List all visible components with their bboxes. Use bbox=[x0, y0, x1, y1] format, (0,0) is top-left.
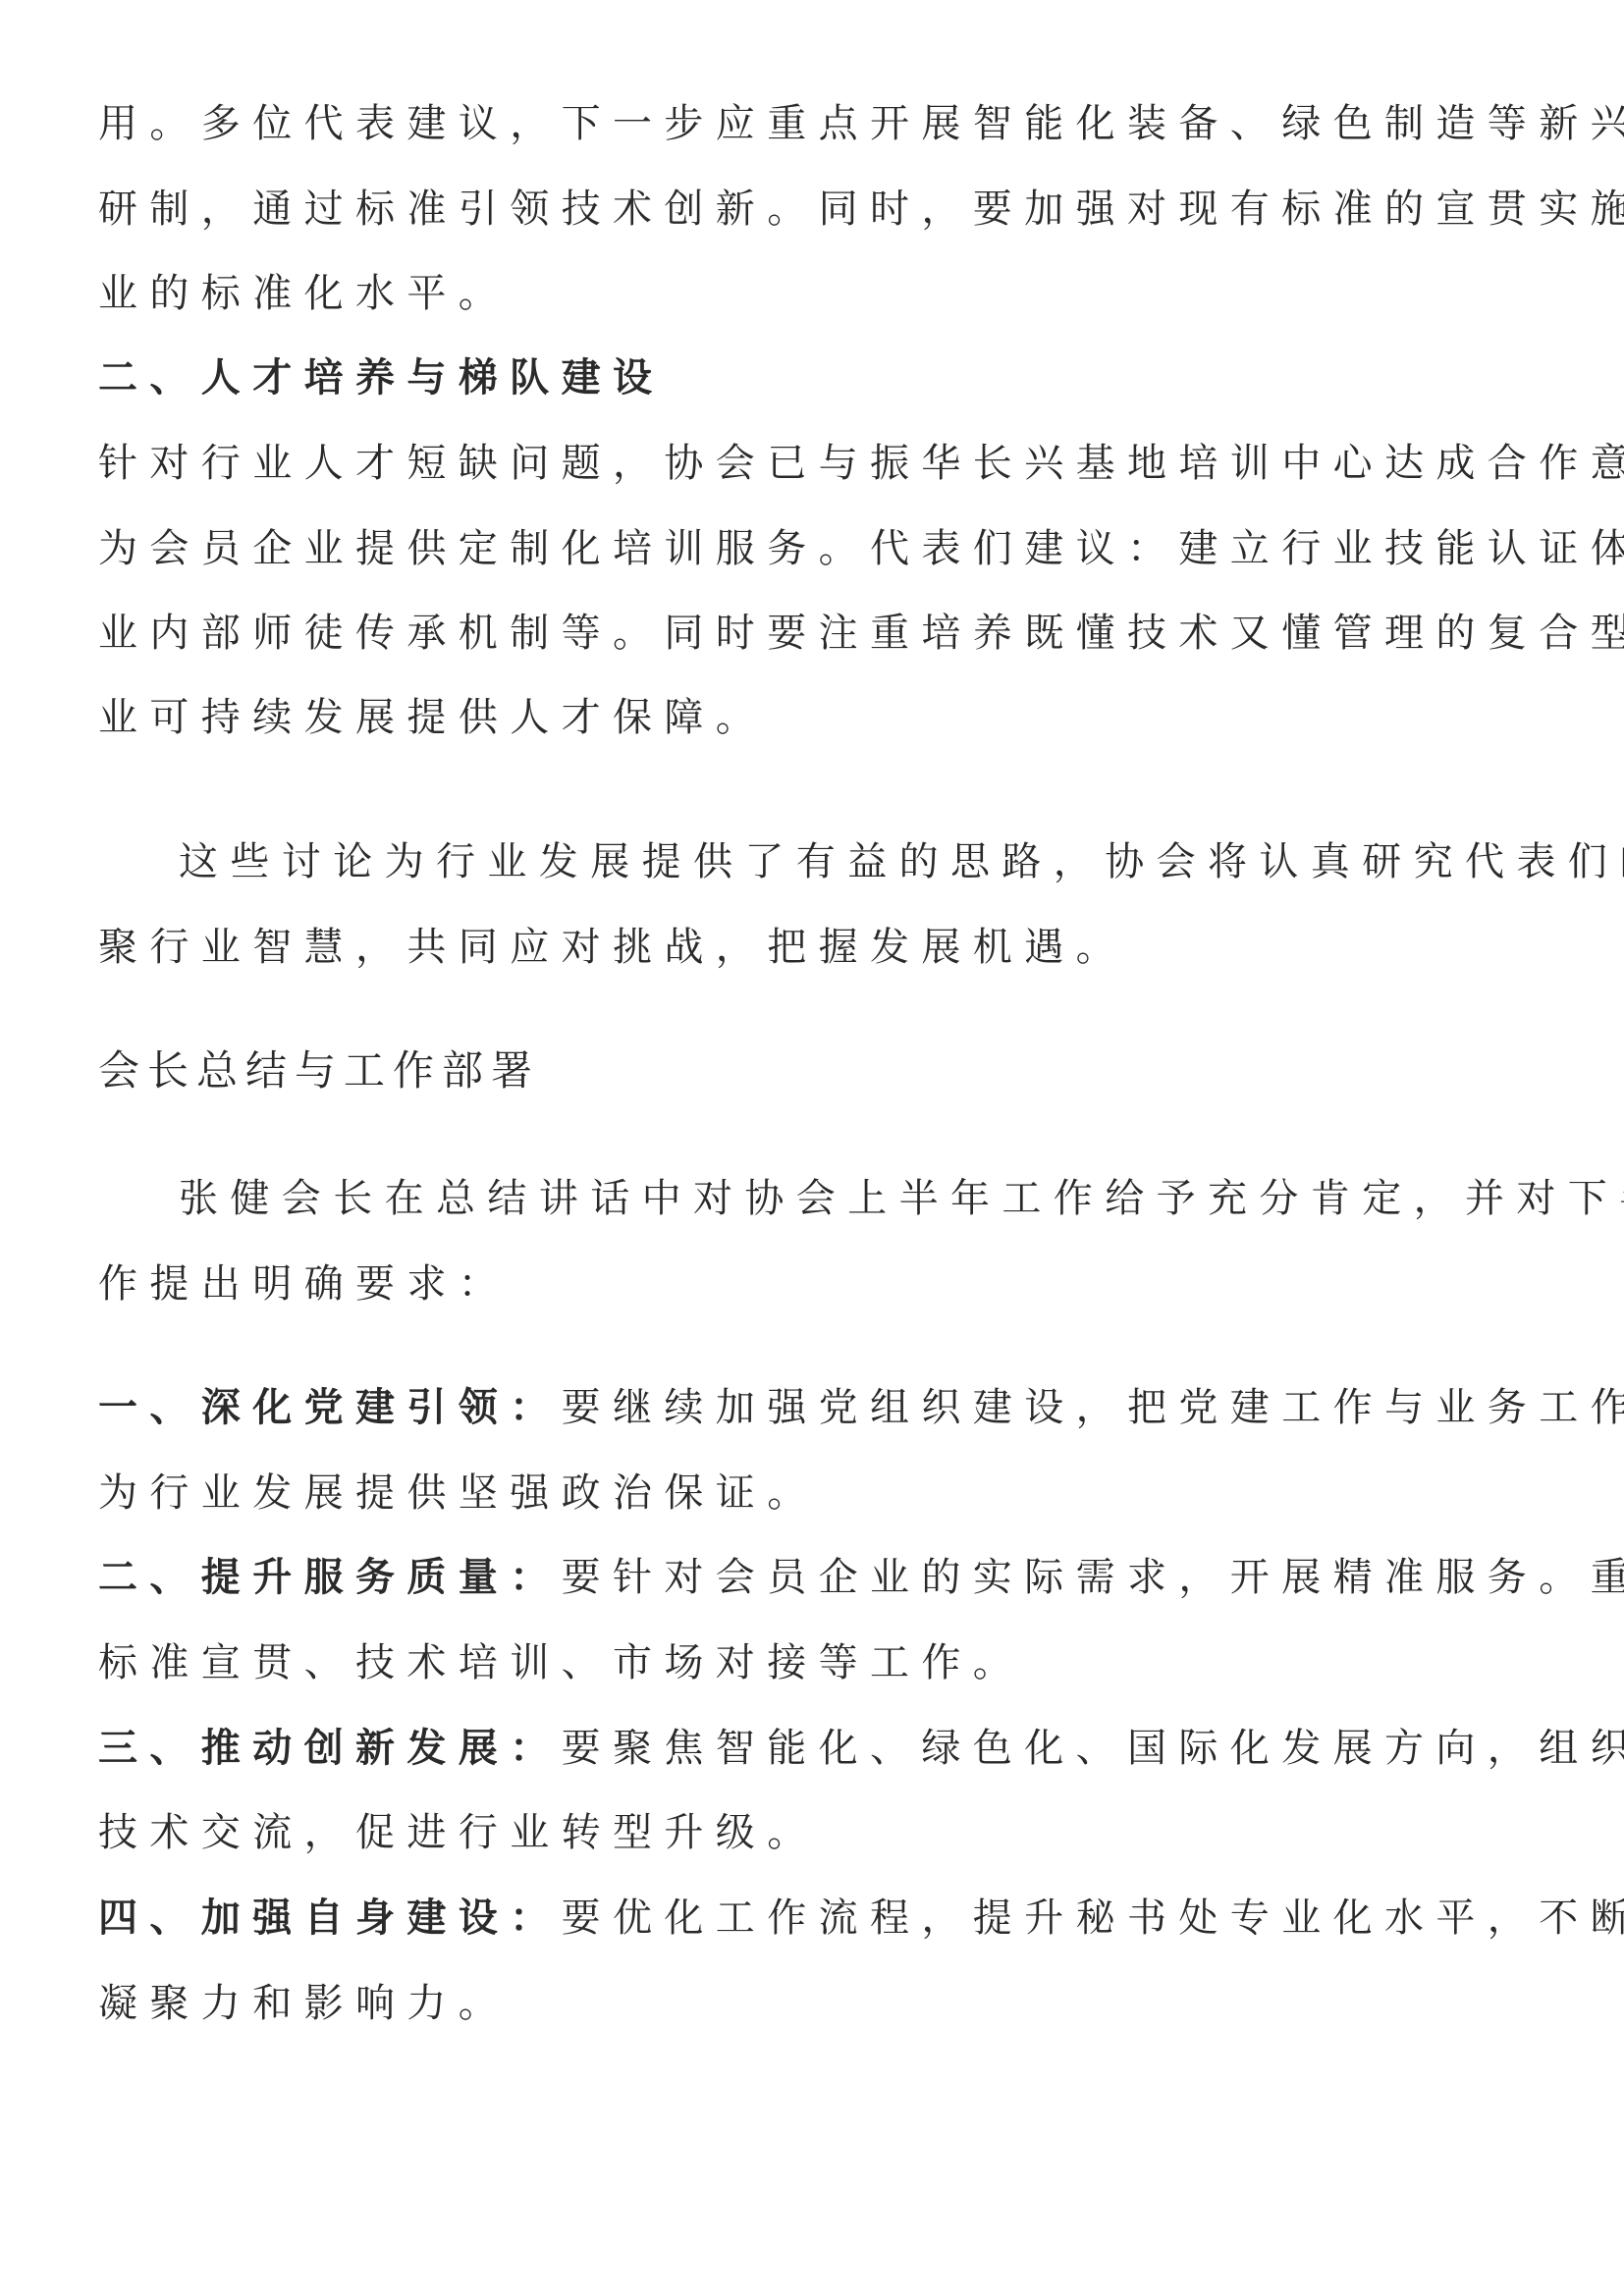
section-heading: 二、人才培养与梯队建设 bbox=[98, 352, 1542, 403]
list-item-text: 要针对会员企业的实际需求，开展精准服务。重点做好团体 bbox=[562, 1555, 1624, 1600]
list-item-label: 一、深化党建引领： bbox=[98, 1384, 562, 1430]
list-item: 四、加强自身建设：要优化工作流程，提升秘书处专业化水平，不断增强协会的 bbox=[98, 1893, 1542, 1944]
paragraph-line: 聚行业智慧，共同应对挑战，把握发展机遇。 bbox=[98, 922, 1542, 973]
paragraph-line: 业内部师徒传承机制等。同时要注重培养既懂技术又懂管理的复合型人才，为行 bbox=[98, 608, 1542, 659]
paragraph-line: 作提出明确要求： bbox=[98, 1258, 1542, 1309]
list-item-continuation: 标准宣贯、技术培训、市场对接等工作。 bbox=[98, 1637, 1542, 1688]
list-item-continuation: 为行业发展提供坚强政治保证。 bbox=[98, 1468, 1542, 1519]
list-item: 三、推动创新发展：要聚焦智能化、绿色化、国际化发展方向，组织专题研讨和 bbox=[98, 1723, 1542, 1774]
list-item: 二、提升服务质量：要针对会员企业的实际需求，开展精准服务。重点做好团体 bbox=[98, 1552, 1542, 1603]
list-item-label: 三、推动创新发展： bbox=[98, 1725, 562, 1771]
paragraph-line: 业的标准化水平。 bbox=[98, 268, 1542, 319]
paragraph-line: 研制，通过标准引领技术创新。同时，要加强对现有标准的宣贯实施，提升全行 bbox=[98, 184, 1542, 235]
list-item: 一、深化党建引领：要继续加强党组织建设，把党建工作与业务工作深度融合， bbox=[98, 1382, 1542, 1433]
list-item-continuation: 凝聚力和影响力。 bbox=[98, 1978, 1542, 2029]
list-item-text: 要优化工作流程，提升秘书处专业化水平，不断增强协会的 bbox=[562, 1896, 1624, 1941]
list-item-label: 四、加强自身建设： bbox=[98, 1895, 562, 1941]
list-item-text: 要继续加强党组织建设，把党建工作与业务工作深度融合， bbox=[562, 1385, 1624, 1430]
paragraph-line: 为会员企业提供定制化培训服务。代表们建议：建立行业技能认证体系，完善企 bbox=[98, 523, 1542, 574]
paragraph-line: 这些讨论为行业发展提供了有益的思路，协会将认真研究代表们的建议，凝 bbox=[179, 836, 1542, 887]
paragraph-line: 用。多位代表建议，下一步应重点开展智能化装备、绿色制造等新兴领域的标准 bbox=[98, 98, 1542, 149]
paragraph-line: 业可持续发展提供人才保障。 bbox=[98, 692, 1542, 743]
list-item-label: 二、提升服务质量： bbox=[98, 1554, 562, 1600]
section-heading: 会长总结与工作部署 bbox=[98, 1045, 1542, 1096]
paragraph-line: 张健会长在总结讲话中对协会上半年工作给予充分肯定，并对下半年重点工 bbox=[179, 1173, 1542, 1224]
list-item-text: 要聚焦智能化、绿色化、国际化发展方向，组织专题研讨和 bbox=[562, 1726, 1624, 1771]
paragraph-line: 针对行业人才短缺问题，协会已与振华长兴基地培训中心达成合作意向，后续可 bbox=[98, 438, 1542, 489]
list-item-continuation: 技术交流，促进行业转型升级。 bbox=[98, 1807, 1542, 1858]
